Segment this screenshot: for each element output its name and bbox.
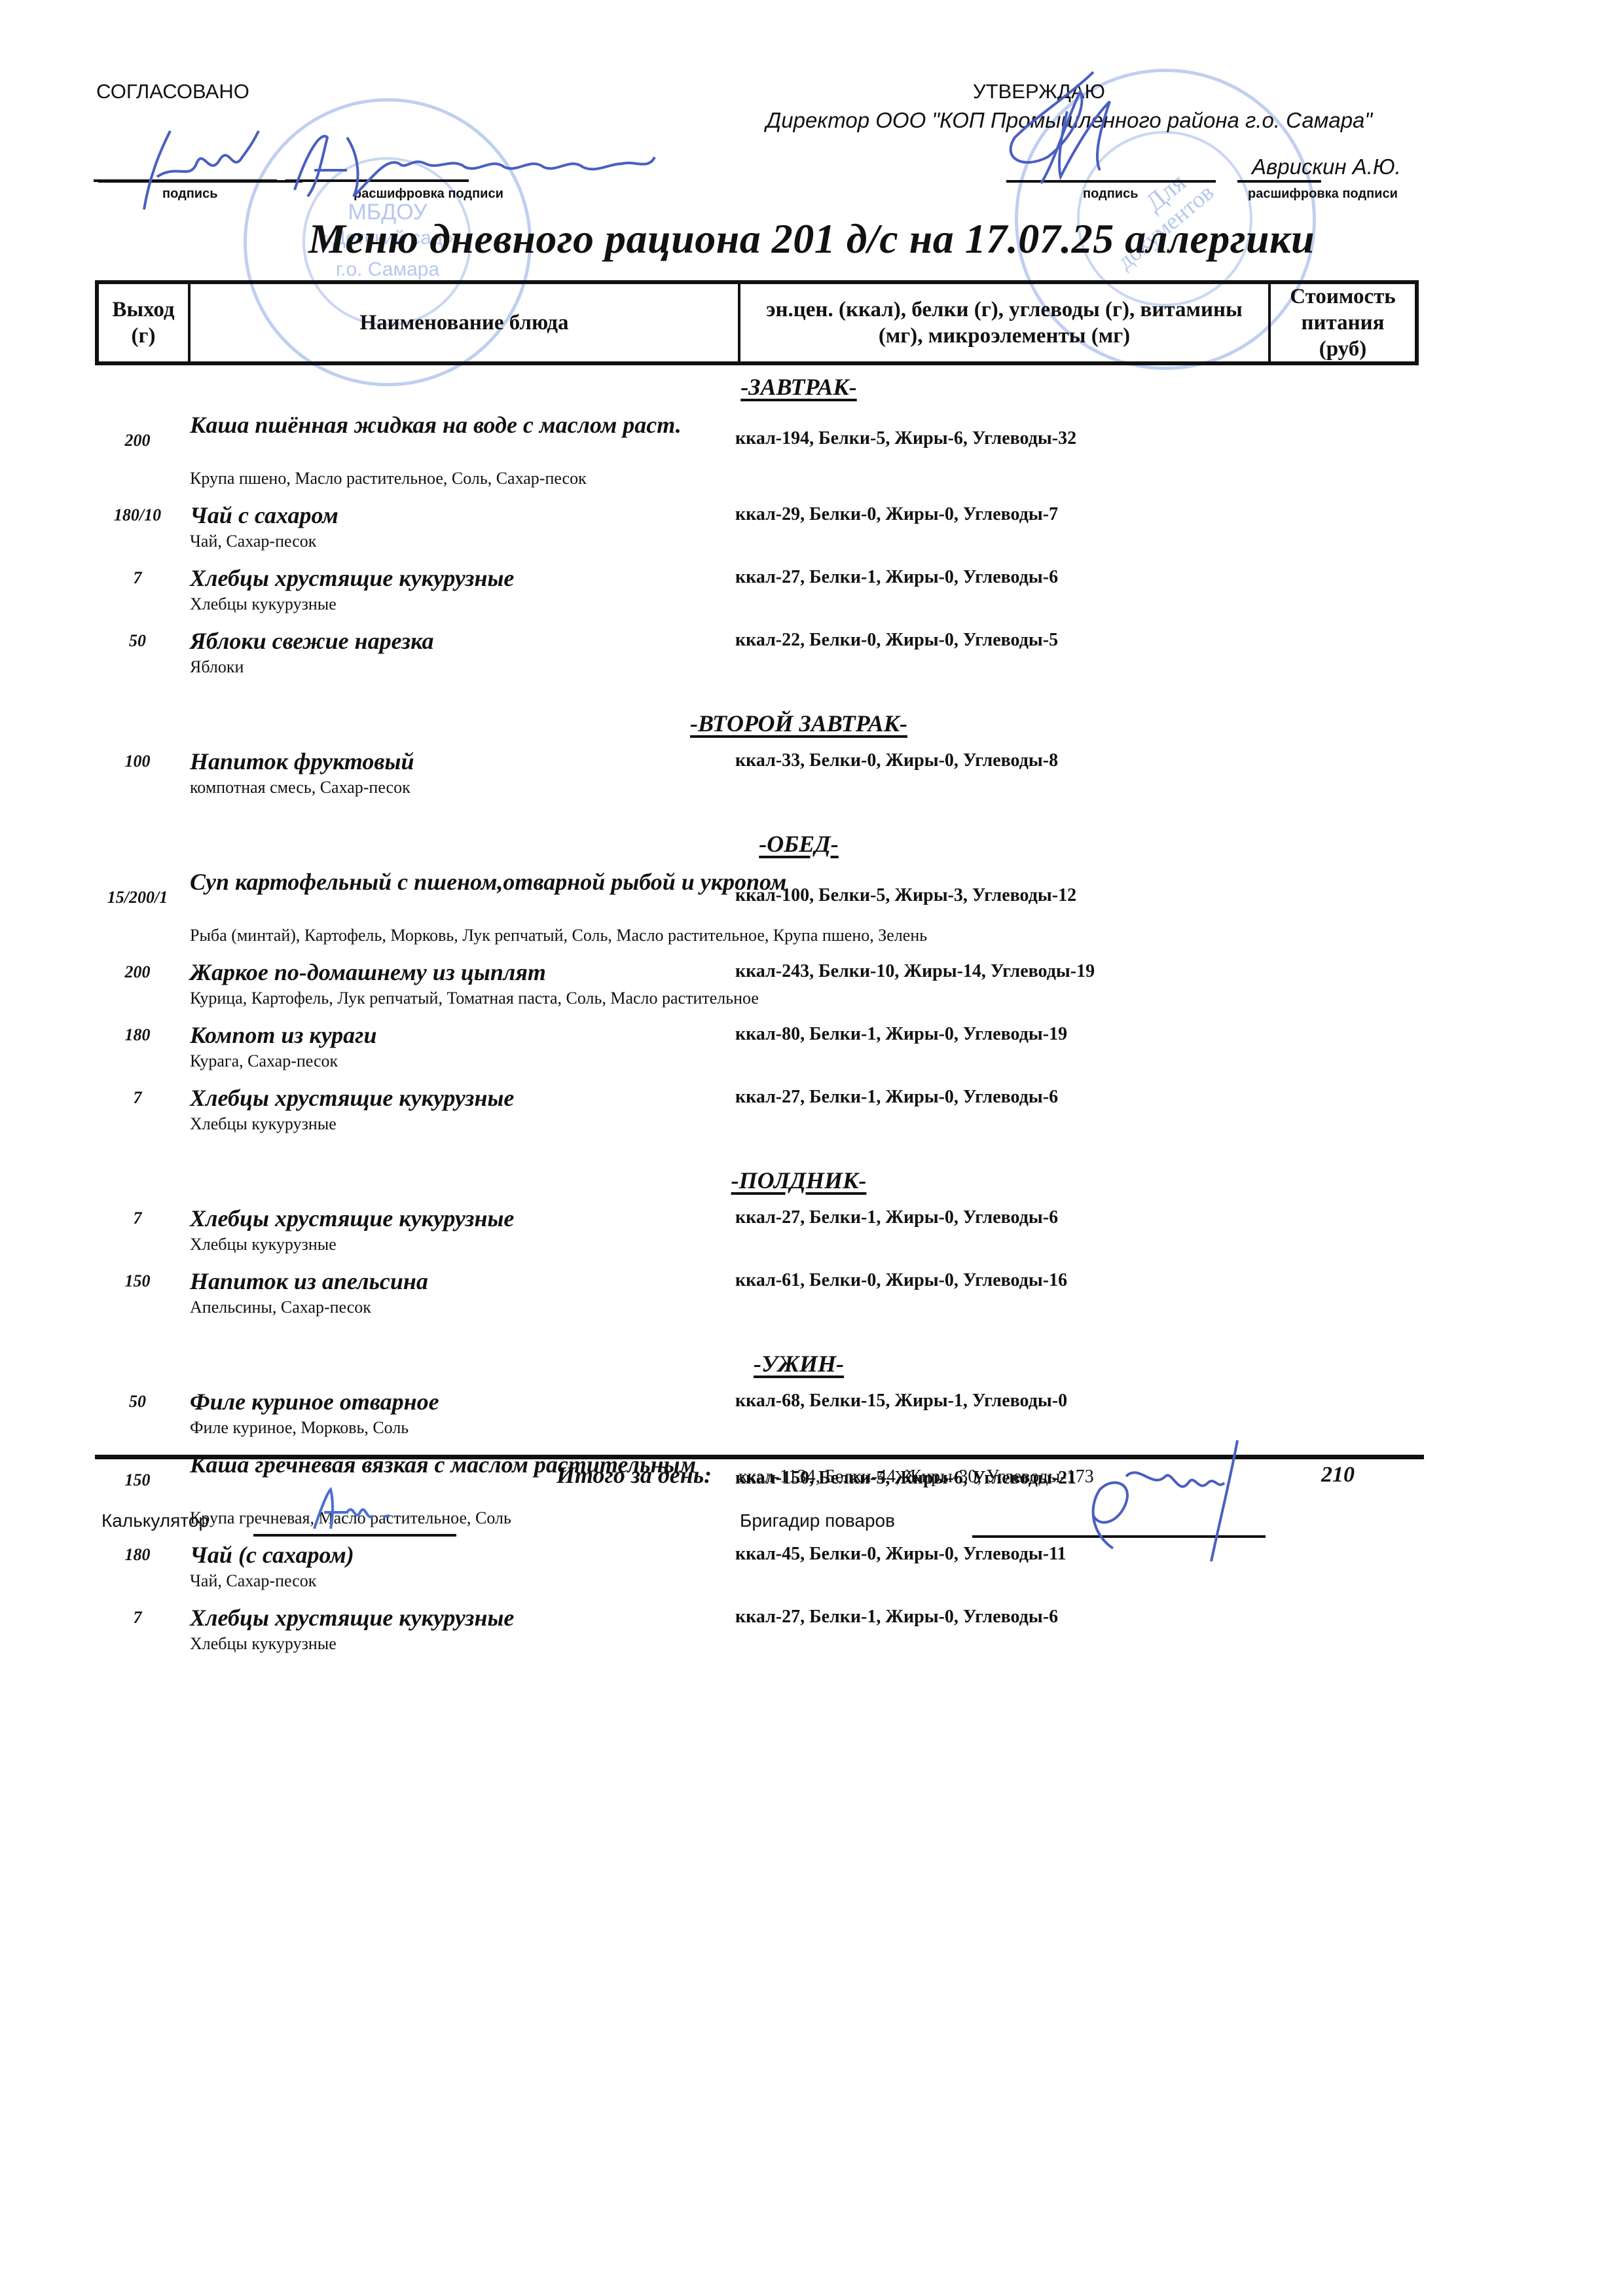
item-dish-name: Чай (с сахаром) (190, 1541, 825, 1569)
menu-item-row: 7Хлебцы хрустящие кукурузныеХлебцы кукур… (95, 1604, 1417, 1658)
left-signature-line (94, 179, 270, 182)
item-dish-name: Хлебцы хрустящие кукурузные (190, 1205, 825, 1232)
item-dish-name: Хлебцы хрустящие кукурузные (190, 564, 825, 592)
right-name-decode-line-full (1237, 180, 1321, 183)
meal-section-heading: -УЖИН- (754, 1350, 844, 1377)
item-yield: 180 (95, 1545, 180, 1565)
item-yield: 200 (95, 962, 180, 982)
item-dish-name: Жаркое по-домашнему из цыплят (190, 958, 825, 986)
menu-item-row: 50Яблоки свежие нарезкаЯблокиккал-22, Бе… (95, 627, 1417, 681)
item-ingredients: Филе куриное, Морковь, Соль (190, 1418, 409, 1438)
item-ingredients: Чай, Сахар-песок (190, 1571, 316, 1591)
item-nutrition: ккал-243, Белки-10, Жиры-14, Углеводы-19 (735, 961, 1095, 982)
left-signature-caption: подпись (162, 187, 218, 202)
right-name-caption: расшифровка подписи (1248, 187, 1398, 202)
item-yield: 7 (95, 1209, 180, 1228)
meal-section-heading: -ОБЕД- (759, 830, 838, 858)
menu-item-row: 7Хлебцы хрустящие кукурузныеХлебцы кукур… (95, 564, 1417, 618)
approver-position: Директор ООО "КОП Промышленного района г… (766, 108, 1372, 133)
right-signature-caption: подпись (1083, 187, 1139, 202)
left-name-decode-line (285, 179, 469, 182)
item-yield: 150 (95, 1470, 180, 1490)
item-yield: 15/200/1 (95, 888, 180, 907)
item-nutrition: ккал-45, Белки-0, Жиры-0, Углеводы-11 (735, 1544, 1067, 1565)
item-dish-name: Хлебцы хрустящие кукурузные (190, 1604, 825, 1631)
item-dish-name: Компот из кураги (190, 1021, 825, 1049)
table-header: Выход (г) Наименование блюда эн.цен. (кк… (95, 280, 1419, 365)
column-header-yield: Выход (г) (99, 284, 191, 361)
item-ingredients: Хлебцы кукурузные (190, 1634, 337, 1654)
right-signature-line (1006, 180, 1216, 183)
column-header-cost: Стоимость питания (руб) (1271, 284, 1415, 361)
item-nutrition: ккал-68, Белки-15, Жиры-1, Углеводы-0 (735, 1391, 1067, 1412)
item-dish-name: Напиток из апельсина (190, 1267, 825, 1295)
item-dish-name: Каша пшённая жидкая на воде с маслом рас… (190, 411, 825, 439)
chef-label: Бригадир поваров (740, 1510, 895, 1531)
item-yield: 180/10 (95, 505, 180, 525)
menu-item-row: 7Хлебцы хрустящие кукурузныеХлебцы кукур… (95, 1084, 1417, 1138)
table-bottom-rule (95, 1455, 1424, 1459)
approval-heading-left: СОГЛАСОВАНО (96, 80, 249, 103)
item-yield: 7 (95, 1608, 180, 1628)
item-ingredients: Хлебцы кукурузные (190, 1235, 337, 1254)
menu-item-row: 180/10Чай с сахаромЧай, Сахар-песокккал-… (95, 501, 1417, 555)
item-yield: 50 (95, 1392, 180, 1412)
column-header-nutrition: эн.цен. (ккал), белки (г), углеводы (г),… (740, 284, 1271, 361)
item-ingredients: Яблоки (190, 657, 244, 677)
calculator-signature-line (253, 1534, 456, 1537)
item-ingredients: Крупа гречневая, Масло растительное, Сол… (190, 1508, 511, 1528)
item-nutrition: ккал-27, Белки-1, Жиры-0, Углеводы-6 (735, 1607, 1058, 1628)
item-yield: 50 (95, 631, 180, 651)
item-dish-name: Суп картофельный с пшеном,отварной рыбой… (190, 868, 825, 896)
item-ingredients: Апельсины, Сахар-песок (190, 1298, 371, 1317)
meal-section-heading: -ПОЛДНИК- (731, 1167, 867, 1194)
item-ingredients: Курица, Картофель, Лук репчатый, Томатна… (190, 989, 759, 1008)
item-ingredients: Хлебцы кукурузные (190, 594, 337, 614)
menu-item-row: 200Каша пшённая жидкая на воде с маслом … (95, 411, 1417, 492)
total-nutrition: ккал-1134, Белки-44, Жиры-30, Углеводы-1… (739, 1467, 1094, 1487)
menu-item-row: 7Хлебцы хрустящие кукурузныеХлебцы кукур… (95, 1205, 1417, 1258)
item-nutrition: ккал-61, Белки-0, Жиры-0, Углеводы-16 (735, 1270, 1067, 1291)
menu-item-row: 180Компот из курагиКурага, Сахар-песоккк… (95, 1021, 1417, 1075)
item-nutrition: ккал-194, Белки-5, Жиры-6, Углеводы-32 (735, 428, 1076, 449)
menu-item-row: 50Филе куриное отварноеФиле куриное, Мор… (95, 1388, 1417, 1442)
item-nutrition: ккал-80, Белки-1, Жиры-0, Углеводы-19 (735, 1024, 1067, 1045)
calculator-label: Калькулятор (101, 1510, 209, 1531)
item-dish-name: Напиток фруктовый (190, 748, 825, 775)
item-yield: 7 (95, 568, 180, 588)
item-ingredients: Курага, Сахар-песок (190, 1051, 338, 1071)
item-dish-name: Филе куриное отварное (190, 1388, 825, 1415)
menu-item-row: 200Жаркое по-домашнему из цыплятКурица, … (95, 958, 1417, 1012)
item-ingredients: компотная смесь, Сахар-песок (190, 778, 410, 797)
approver-name: Аврискин А.Ю. (1252, 155, 1401, 179)
total-label: Итого за день: (556, 1461, 712, 1489)
item-nutrition: ккал-100, Белки-5, Жиры-3, Углеводы-12 (735, 885, 1076, 906)
item-yield: 200 (95, 431, 180, 450)
menu-item-row: 150Напиток из апельсинаАпельсины, Сахар-… (95, 1267, 1417, 1321)
column-header-dish: Наименование блюда (191, 284, 740, 361)
item-yield: 7 (95, 1088, 180, 1108)
left-name-caption: расшифровка подписи (354, 187, 503, 202)
meal-section-heading: -ВТОРОЙ ЗАВТРАК- (690, 710, 907, 737)
item-ingredients: Рыба (минтай), Картофель, Морковь, Лук р… (190, 926, 927, 945)
item-ingredients: Хлебцы кукурузные (190, 1114, 337, 1134)
item-nutrition: ккал-22, Белки-0, Жиры-0, Углеводы-5 (735, 630, 1058, 651)
item-dish-name: Хлебцы хрустящие кукурузные (190, 1084, 825, 1112)
item-yield: 100 (95, 752, 180, 771)
item-yield: 150 (95, 1271, 180, 1291)
total-cost: 210 (1321, 1463, 1355, 1487)
item-nutrition: ккал-27, Белки-1, Жиры-0, Углеводы-6 (735, 1087, 1058, 1108)
item-nutrition: ккал-27, Белки-1, Жиры-0, Углеводы-6 (735, 567, 1058, 588)
item-dish-name: Чай с сахаром (190, 501, 825, 529)
item-nutrition: ккал-29, Белки-0, Жиры-0, Углеводы-7 (735, 504, 1058, 525)
item-dish-name: Яблоки свежие нарезка (190, 627, 825, 655)
item-yield: 180 (95, 1025, 180, 1045)
menu-item-row: 15/200/1Суп картофельный с пшеном,отварн… (95, 868, 1417, 949)
chef-signature-line (972, 1535, 1266, 1538)
menu-item-row: 180Чай (с сахаром)Чай, Сахар-песокккал-4… (95, 1541, 1417, 1595)
item-nutrition: ккал-27, Белки-1, Жиры-0, Углеводы-6 (735, 1207, 1058, 1228)
menu-item-row: 100Напиток фруктовыйкомпотная смесь, Сах… (95, 748, 1417, 801)
approval-heading-right: УТВЕРЖДАЮ (973, 80, 1105, 103)
item-ingredients: Чай, Сахар-песок (190, 532, 316, 551)
page-title: Меню дневного рациона 201 д/с на 17.07.2… (0, 215, 1623, 263)
meal-section-heading: -ЗАВТРАК- (740, 373, 857, 401)
item-ingredients: Крупа пшено, Масло растительное, Соль, С… (190, 469, 587, 488)
item-nutrition: ккал-33, Белки-0, Жиры-0, Углеводы-8 (735, 750, 1058, 771)
